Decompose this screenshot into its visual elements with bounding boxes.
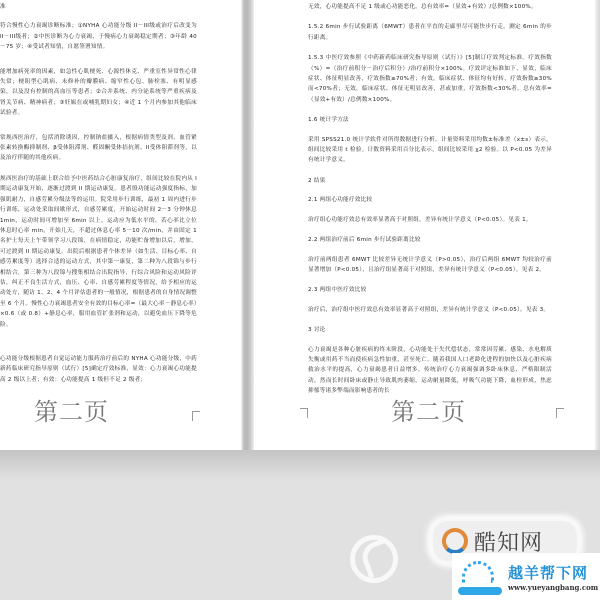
page-left[interactable]: 准 符合慢性心力衰竭诊断标准；①NYHA 心功能分级 II－III级或治疗后改变… (0, 0, 241, 450)
page-footer-label-left: 第二页 (34, 392, 109, 427)
right-paragraph-1: 1.5.2 6min 步行试验距离（6MWT）患者在平直的走廊里尽可能快步行走，… (308, 22, 552, 43)
right-paragraph-4: 采用 SPSS21.0 统计学软件对所得数据进行分析。计量资料采用均数±标准差（… (308, 135, 552, 166)
page-right[interactable]: 无效，心功能提高不足 1 级或心功能恶化。总有效率=（显效+有效）/总例数×10… (254, 0, 595, 450)
right-paragraph-11: 治疗后，治疗组中医疗效总有效率显著高于对照组，差异有统计学意义（P<0.05）。… (308, 305, 552, 315)
yueyangbang-url: www.yueyangbang.com (508, 583, 598, 592)
yueyangbang-name: 越羊帮下网 (508, 562, 598, 583)
left-paragraph-4: 规西医治疗的基础上联合给予中医药结合心脏康复治疗，组间比较在院内从 I 期运动康… (0, 174, 197, 330)
right-paragraph-0: 无效，心功能提高不足 1 级或心功能恶化。总有效率=（显效+有效）/总例数×10… (308, 2, 552, 12)
swirl-logo-icon (350, 535, 398, 583)
right-page-body[interactable]: 无效，心功能提高不足 1 级或心功能恶化。总有效率=（显效+有效）/总例数×10… (308, 2, 552, 407)
left-paragraph-1: 符合慢性心力衰竭诊断标准；①NYHA 心功能分级 II－III级或治疗后改变为 … (0, 21, 197, 52)
left-paragraph-0: 准 (0, 2, 197, 12)
kuzhiwang-text: 酷知网 (474, 526, 543, 557)
right-heading-2-2: 2.2 两组治疗前后 6min 步行试验距离比较 (308, 235, 552, 245)
left-paragraph-2: 能增加病死率的因素，如急性心肌梗死、心源性休克、严重室性异常性心律失常；梗阻型心… (0, 67, 197, 119)
margin-corner-mark (192, 411, 200, 421)
yueyangbang-logo-icon (456, 557, 504, 597)
left-paragraph-5: 心功能分级根据患者自觉运动能力服药治疗前后的 NYHA 心功能分级，中药新药临床… (0, 354, 197, 385)
kuzhiwang-logo-icon (442, 528, 468, 554)
right-heading-2-1: 2.1 两组心功能疗效比较 (308, 195, 552, 205)
page-edge-shadow (595, 0, 600, 450)
right-heading-2-3: 2.3 两组中医疗效比较 (308, 285, 552, 295)
margin-corner-mark-right (556, 408, 564, 418)
right-paragraph-2: 1.5.3 中医疗效参照《中药新药临床研究指导原则（试行）》[5]制订疗效判定标… (308, 53, 552, 105)
page-bottom-shadow (0, 450, 600, 480)
margin-corner-mark-left (300, 408, 308, 418)
right-heading-discussion: 3 讨论 (308, 325, 552, 335)
right-paragraph-13: 心力衰竭是各种心脏疾病的终末阶段，心功能处于失代偿状态，常常因劳累、感染、水电解… (308, 345, 552, 397)
right-heading-results: 2 结果 (308, 176, 552, 186)
left-paragraph-3: 常规西医治疗，包括消除诱因，控制钠盐摄入，根据病情类型及剂、血管紧张素转换酶抑制… (0, 133, 197, 164)
left-page-body[interactable]: 准 符合慢性心力衰竭诊断标准；①NYHA 心功能分级 II－III级或治疗后改变… (0, 2, 197, 395)
document-viewport[interactable]: 准 符合慢性心力衰竭诊断标准；①NYHA 心功能分级 II－III级或治疗后改变… (0, 0, 600, 600)
page-gutter (241, 0, 254, 450)
right-paragraph-9: 治疗前两组患者 6MWT 比较差异无统计学意义（P>0.05），治疗后两组 6M… (308, 255, 552, 276)
right-heading-stats: 1.6 统计学方法 (308, 115, 552, 125)
page-footer-label-right: 第二页 (391, 392, 466, 427)
right-paragraph-7: 治疗组心功能疗效总有效率显著高于对照组，差异有统计学意义（P<0.05）。见表 … (308, 215, 552, 225)
yueyangbang-watermark: 越羊帮下网 www.yueyangbang.com (452, 553, 600, 600)
